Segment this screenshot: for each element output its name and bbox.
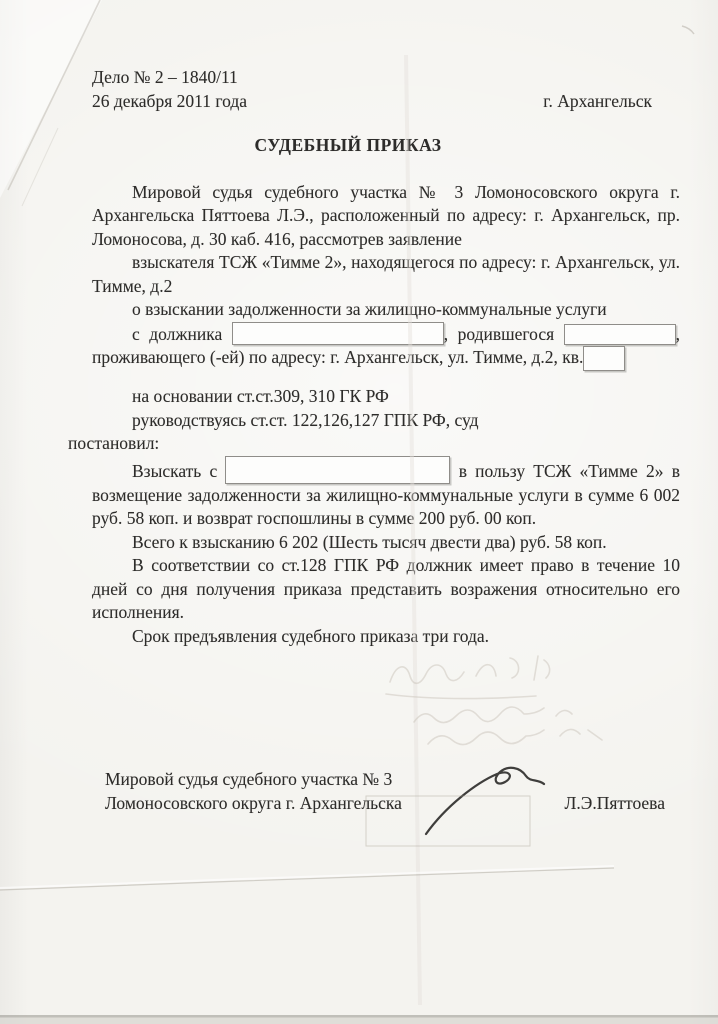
document-title: СУДЕБНЫЙ ПРИКАЗ [54, 134, 642, 158]
paragraph-court-intro: Мировой судья судебного участка № 3 Ломо… [92, 181, 680, 252]
paragraph-objection-right: В соответствии со ст.128 ГПК РФ должник … [92, 554, 680, 625]
paper-fold-crease-line [8, 0, 100, 190]
paragraph-validity: Срок предъявления судебного приказа три … [92, 625, 680, 649]
case-number: Дело № 2 – 1840/11 [92, 66, 247, 90]
paragraph-legal-basis-2: руководствуясь ст.ст. 122,126,127 ГПК РФ… [92, 409, 680, 433]
order-prefix: Взыскать с [132, 461, 225, 481]
bottom-scan-edge [0, 1015, 718, 1018]
redaction-box-debtor-name-2 [225, 456, 450, 484]
redaction-box-birth-date [564, 324, 676, 345]
paper-fold-crease-line-2 [22, 128, 58, 206]
paragraph-total: Всего к взысканию 6 202 (Шесть тысяч две… [92, 531, 680, 555]
judge-position-line1: Мировой судья судебного участка № 3 [105, 768, 680, 792]
city-label: г. Архангельск [543, 90, 652, 114]
bottom-scan-margin [0, 1018, 718, 1024]
paragraph-debtor: с должника , родившегося , проживающего … [92, 322, 680, 372]
case-date: 26 декабря 2011 года [92, 90, 247, 114]
paper-fold-corner [0, 0, 102, 198]
scanned-court-order-page: Дело № 2 – 1840/11 26 декабря 2011 года … [0, 0, 718, 1024]
signature-block: Мировой судья судебного участка № 3 Ломо… [92, 768, 680, 815]
horizontal-crease [0, 868, 614, 890]
paragraph-claimant: взыскателя ТСЖ «Тимме 2», находящегося п… [92, 251, 680, 298]
redaction-box-debtor-name [232, 322, 444, 345]
judge-name: Л.Э.Пяттоева [565, 792, 665, 816]
redaction-box-apartment-number [583, 346, 625, 371]
resolution-heading: постановил: [28, 432, 616, 456]
document-content: Дело № 2 – 1840/11 26 декабря 2011 года … [92, 66, 680, 815]
paragraph-subject: о взыскании задолженности за жилищно-ком… [92, 298, 680, 322]
debtor-residing: проживающего (-ей) по адресу: г. Арханге… [92, 347, 583, 367]
debtor-comma: , [676, 324, 680, 344]
paragraph-order: Взыскать с в пользу ТСЖ «Тимме 2» в возм… [92, 456, 680, 531]
debtor-prefix: с должника [132, 324, 232, 344]
paragraph-legal-basis-1: на основании ст.ст.309, 310 ГК РФ [92, 385, 680, 409]
debtor-born-label: , родившегося [444, 324, 564, 344]
scan-blemish [682, 26, 694, 34]
horizontal-crease-highlight [0, 866, 614, 888]
document-header: Дело № 2 – 1840/11 26 декабря 2011 года … [92, 66, 680, 113]
case-info: Дело № 2 – 1840/11 26 декабря 2011 года [92, 66, 247, 113]
